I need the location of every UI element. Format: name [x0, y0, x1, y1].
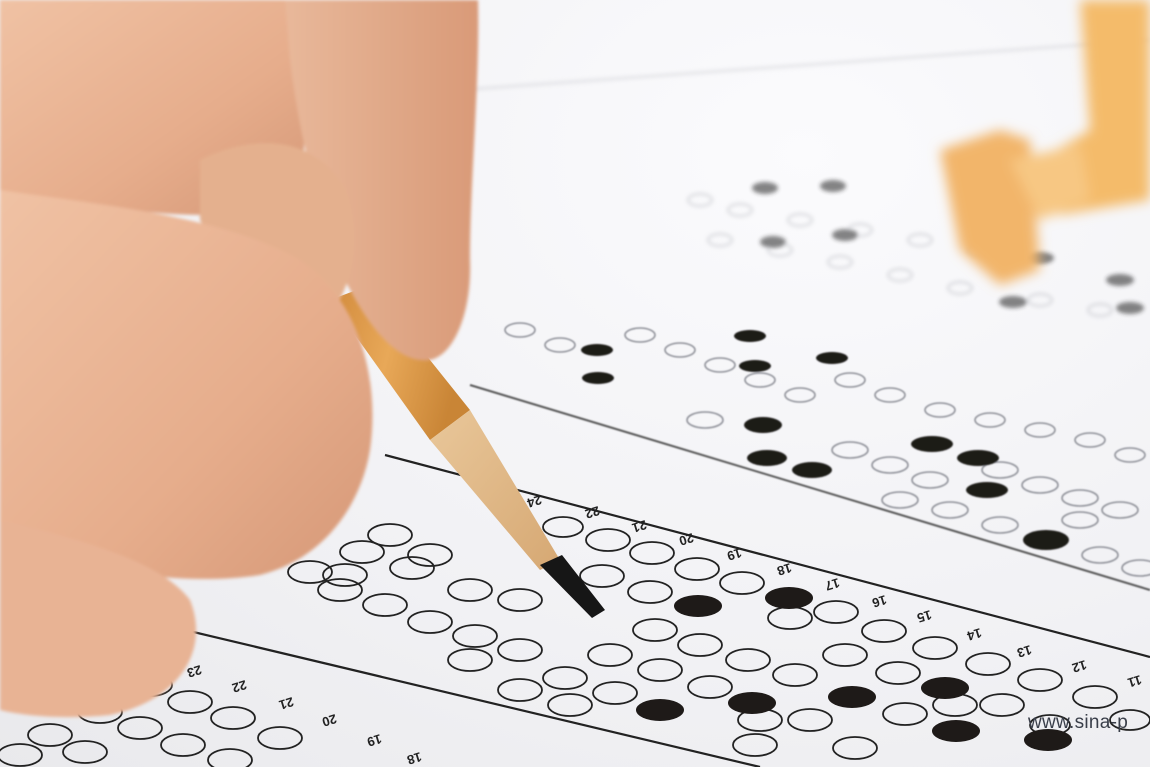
pencil-cone: [430, 410, 560, 570]
pencil-graphite-tip: [540, 555, 605, 618]
photo-scene: 24 22 21 20 19 18 17 16 15 14 13 12 11 2…: [0, 0, 1150, 767]
pencil: [330, 285, 605, 618]
watermark-text: www.sina-p: [1028, 712, 1128, 734]
hand-with-pencil: [0, 0, 1150, 767]
